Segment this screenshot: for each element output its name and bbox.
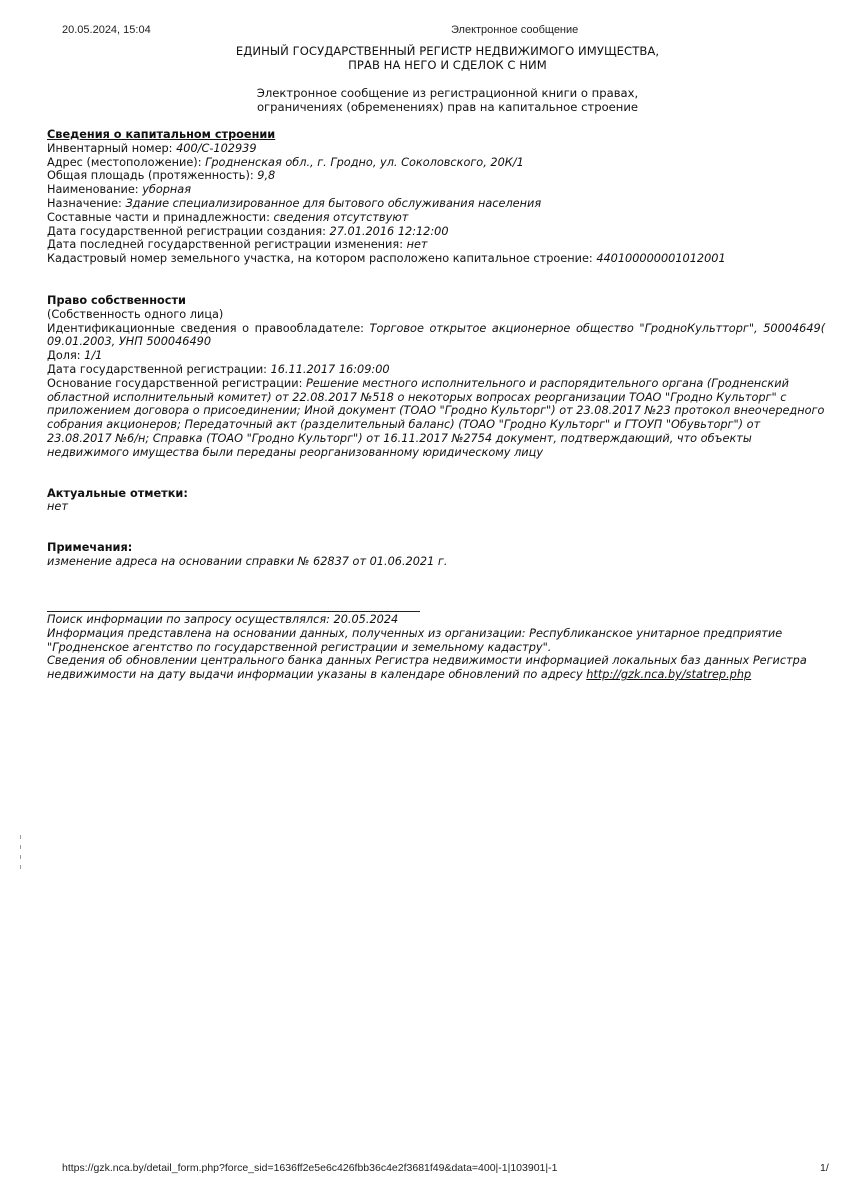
field-label: Составные части и принадлежности: (47, 211, 273, 224)
document-title-line2: ПРАВ НА НЕГО И СДЕЛОК С НИМ (42, 58, 853, 72)
field-registration-basis: Основание государственной регистрации: Р… (47, 377, 853, 391)
field-value: 400/C-102939 (176, 142, 256, 155)
field-label: Наименование: (47, 183, 142, 196)
document-subtitle-line1: Электронное сообщение из регистрационной… (42, 86, 853, 100)
field-share: Доля: 1/1 (47, 349, 853, 363)
notes-heading: Примечания: (47, 541, 853, 555)
footer-search-date: Поиск информации по запросу осуществлялс… (47, 613, 827, 627)
field-label: Идентификационные сведения о правооблада… (47, 322, 370, 335)
field-creation-date: Дата государственной регистрации создани… (47, 225, 853, 239)
current-marks-heading: Актуальные отметки: (47, 487, 853, 501)
print-footer-url: https://gzk.nca.by/detail_form.php?force… (62, 1162, 557, 1174)
field-label: Общая площадь (протяженность): (47, 169, 257, 182)
footer-update-line1: Сведения об обновлении центрального банк… (47, 654, 827, 668)
field-label: Назначение: (47, 197, 125, 210)
document-title: ЕДИНЫЙ ГОСУДАРСТВЕННЫЙ РЕГИСТР НЕДВИЖИМО… (0, 44, 853, 72)
field-name: Наименование: уборная (47, 183, 853, 197)
field-registration-basis-line: областной исполнительный комитет) от 22.… (47, 391, 853, 405)
field-inventory-number: Инвентарный номер: 400/C-102939 (47, 142, 853, 156)
field-label: Инвентарный номер: (47, 142, 176, 155)
field-holder-continued: 09.01.2003, УНП 500046490 (47, 335, 853, 349)
field-label: Основание государственной регистрации: (47, 377, 306, 390)
field-registration-date: Дата государственной регистрации: 16.11.… (47, 363, 853, 377)
footer-source-line2: "Гродненское агентство по государственно… (47, 641, 827, 655)
print-header-datetime: 20.05.2024, 15:04 (62, 24, 151, 36)
field-label: Дата государственной регистрации: (47, 363, 271, 376)
ownership-section: Право собственности (Собственность одног… (47, 294, 853, 460)
field-components: Составные части и принадлежности: сведен… (47, 211, 853, 225)
print-footer-page-number: 1/ (820, 1162, 829, 1174)
footer-separator (47, 611, 420, 612)
field-value: нет (407, 238, 428, 251)
field-label: Дата государственной регистрации создани… (47, 225, 330, 238)
field-address: Адрес (местоположение): Гродненская обл.… (47, 156, 853, 170)
field-registration-basis-line: недвижимого имущества были переданы реор… (47, 446, 853, 460)
document-body: Сведения о капитальном строении Инвентар… (47, 128, 853, 569)
field-value: 1/1 (84, 349, 102, 362)
footer-update-line2: недвижимости на дату выдачи информации у… (47, 668, 827, 682)
field-registration-basis-line: 23.08.2017 №6/н; Справка (ТОАО "Гродно К… (47, 432, 853, 446)
field-value: Решение местного исполнительного и распо… (306, 377, 789, 390)
field-value: уборная (142, 183, 191, 196)
print-header-title: Электронное сообщение (451, 24, 578, 36)
field-label: Кадастровый номер земельного участка, на… (47, 252, 596, 265)
field-value: 440100000001012001 (596, 252, 725, 265)
field-value: сведения отсутствуют (273, 211, 408, 224)
current-marks-value: нет (47, 500, 853, 514)
document-subtitle-line2: ограничениях (обременениях) прав на капи… (42, 100, 853, 114)
ownership-heading: Право собственности (47, 294, 853, 308)
field-value: 27.01.2016 12:12:00 (330, 225, 449, 238)
field-purpose: Назначение: Здание специализированное дл… (47, 197, 853, 211)
field-total-area: Общая площадь (протяженность): 9,8 (47, 169, 853, 183)
footer-info: Поиск информации по запросу осуществлялс… (47, 613, 827, 682)
field-value: 16.11.2017 16:09:00 (271, 363, 390, 376)
footer-update-text: недвижимости на дату выдачи информации у… (47, 668, 586, 681)
footer-source-line1: Информация представлена на основании дан… (47, 627, 827, 641)
statrep-link[interactable]: http://gzk.nca.by/statrep.php (586, 668, 751, 681)
field-holder: Идентификационные сведения о правооблада… (47, 322, 853, 336)
document-title-line1: ЕДИНЫЙ ГОСУДАРСТВЕННЫЙ РЕГИСТР НЕДВИЖИМО… (42, 44, 853, 58)
field-last-change-date: Дата последней государственной регистрац… (47, 238, 853, 252)
field-value: Гродненская обл., г. Гродно, ул. Соколов… (205, 156, 524, 169)
notes-value: изменение адреса на основании справки № … (47, 555, 853, 569)
field-registration-basis-line: приложением договора о присоединении; Ин… (47, 404, 853, 418)
notes-section: Примечания: изменение адреса на основани… (47, 541, 853, 569)
scan-margin-marks (20, 835, 23, 880)
field-value: Здание специализированное для бытового о… (125, 197, 541, 210)
field-registration-basis-line: собрания акционеров; Передаточный акт (р… (47, 418, 853, 432)
document-subtitle: Электронное сообщение из регистрационной… (0, 86, 853, 114)
field-cadastral-number: Кадастровый номер земельного участка, на… (47, 252, 853, 266)
field-label: Адрес (местоположение): (47, 156, 205, 169)
building-section: Сведения о капитальном строении Инвентар… (47, 128, 853, 266)
ownership-type: (Собственность одного лица) (47, 308, 853, 322)
field-value: Торговое открытое акционерное общество "… (370, 322, 826, 335)
building-heading: Сведения о капитальном строении (47, 128, 853, 142)
field-label: Доля: (47, 349, 84, 362)
field-label: Дата последней государственной регистрац… (47, 238, 407, 251)
field-value: 9,8 (257, 169, 275, 182)
current-marks-section: Актуальные отметки: нет (47, 487, 853, 515)
